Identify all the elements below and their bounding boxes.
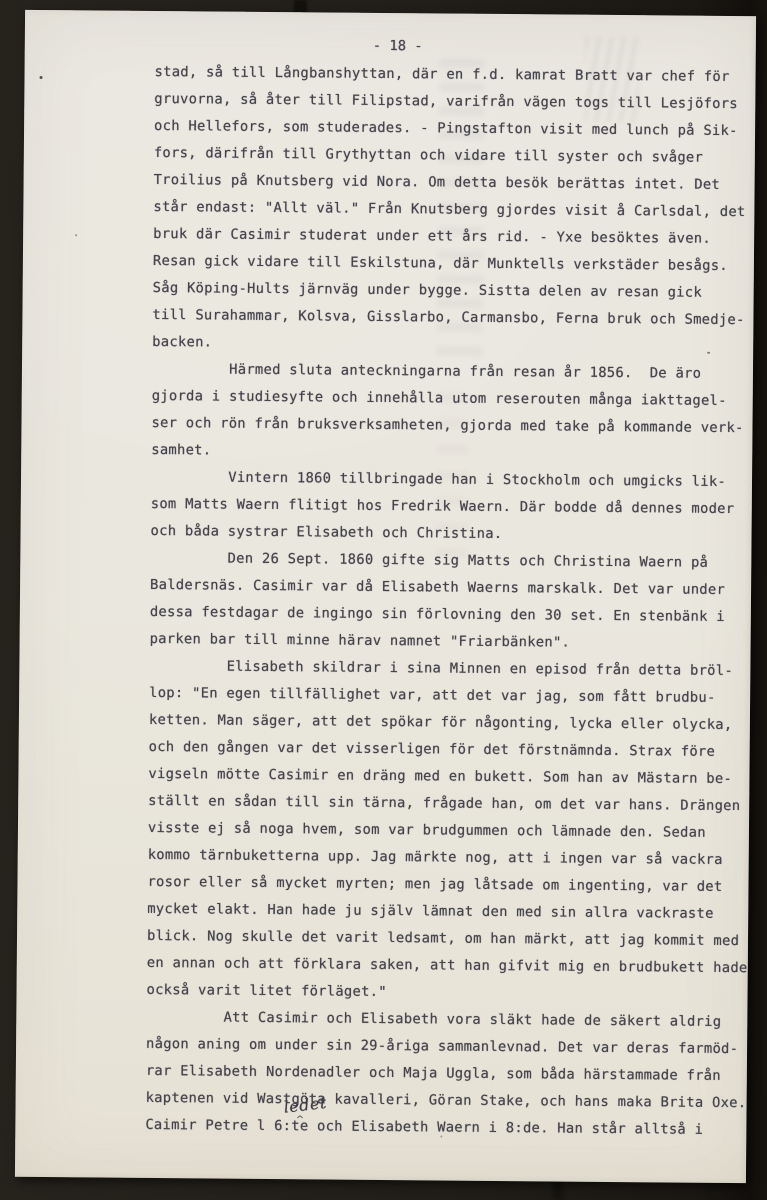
- typewritten-body: stad, så till Långbanshyttan, där en f.d…: [145, 59, 739, 1144]
- text-line: till Surahammar, Kolsva, Gisslarbo, Carm…: [152, 302, 737, 334]
- insertion-caret-mark: ^: [296, 1114, 303, 1125]
- scanned-document-screenshot: { "colors": { "paper": "#eae7de", "backg…: [0, 0, 767, 1200]
- paper-speck: [75, 234, 77, 236]
- text-line: Caimir Petre l 6:te och Elisabeth Waern …: [145, 1112, 730, 1144]
- page-number: - 18 -: [373, 33, 423, 60]
- paper-speck: [40, 76, 43, 79]
- text-line: ser och rön från bruksverksamheten, gjor…: [151, 410, 736, 442]
- document-page: - 18 - stad, så till Långbanshyttan, där…: [15, 10, 756, 1183]
